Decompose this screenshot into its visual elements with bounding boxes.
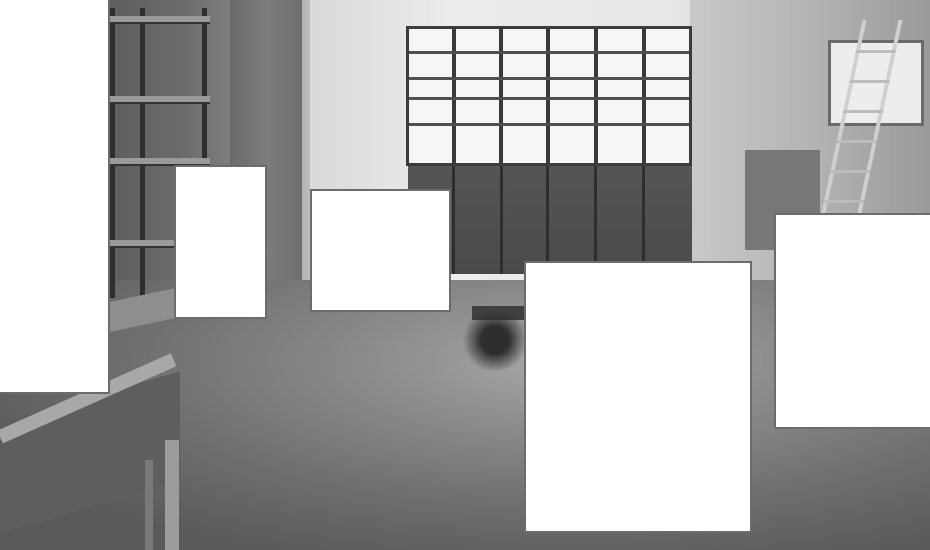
mask-rectangle (312, 191, 449, 310)
workbench-leg (145, 460, 153, 550)
mask-rectangle (776, 215, 930, 427)
mask-rectangle (176, 167, 265, 317)
floor-debris (460, 310, 530, 370)
workbench-leg (165, 440, 179, 550)
garage-door (408, 166, 692, 274)
mask-rectangle (0, 0, 108, 392)
industrial-window (406, 26, 692, 166)
mask-rectangle (526, 263, 750, 531)
